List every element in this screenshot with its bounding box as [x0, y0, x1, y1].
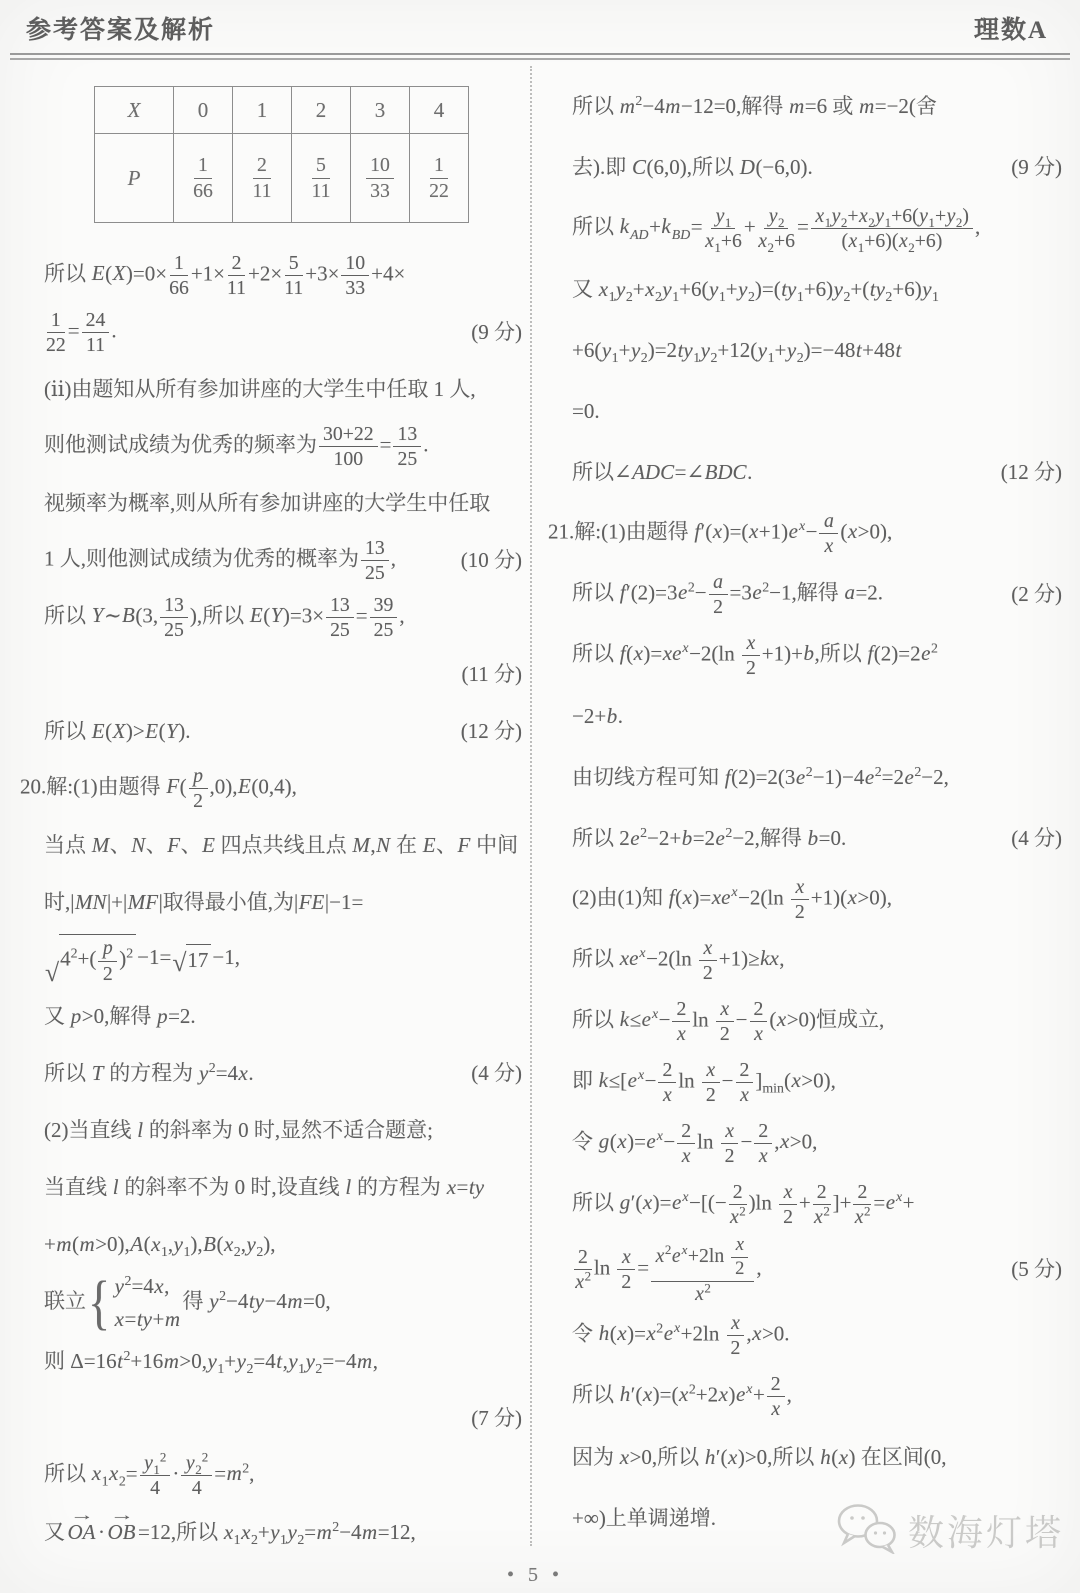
solution-line: 令 h(x)=x2ex+2ln x2,x>0.: [572, 1305, 1062, 1366]
solution-line: 又OA·OB=12,所以 x1x2+y1y2=m2−4m=12,: [44, 1504, 522, 1561]
solution-line: −2+b.: [572, 686, 1062, 747]
solution-line: 视频率为概率,则从所有参加讲座的大学生中任取: [44, 475, 522, 532]
solution-line: (ⅱ)由题知从所有参加讲座的大学生中任取 1 人,: [44, 361, 522, 418]
math-text: 去).即 C(6,0),所以 D(−6,0).: [572, 154, 813, 181]
math-text: 所以 kAD+kBD=y1x1+6+y2x2+6=x1y2+x2y1+6(y1+…: [572, 205, 980, 252]
table-cell: 3: [351, 87, 410, 134]
math-text: 当直线 l 的斜率不为 0 时,设直线 l 的方程为 x=ty: [44, 1174, 485, 1201]
solution-line: 所以 m2−4m−12=0,解得 m=6 或 m=−2(舍: [572, 76, 1062, 137]
solution-line: 即 k≤[ex−2xln x2−2x]min(x>0),: [572, 1052, 1062, 1113]
table-cell: 166: [174, 134, 233, 223]
solution-line: 20.解:(1)由题得 F(p2,0),E(0,4),: [20, 760, 522, 817]
solution-line: 因为 x>0,所以 h′(x)>0,所以 h(x) 在区间(0,: [572, 1427, 1062, 1488]
solution-line: 所以 f′(2)=3e2−a2=3e2−1,解得 a=2. (2 分): [572, 564, 1062, 625]
content-columns: X 0 1 2 3 4 P 166 211 511 1033 122: [0, 60, 1080, 1546]
math-text: 所以 Y∼B(3,1325),所以 E(Y)=3×1325=3925,: [44, 594, 405, 641]
math-text: 所以 k≤ex−2xln x2−2x(x>0)恒成立,: [572, 998, 884, 1045]
solution-line: 所以 h′(x)=(x2+2x)ex+2x,: [572, 1366, 1062, 1427]
solution-line: 则 Δ=16t2+16m>0,y1+y2=4t,y1y2=−4m,: [44, 1333, 522, 1390]
table-cell: 2: [292, 87, 351, 134]
solution-line: 所以∠ADC=∠BDC. (12 分): [572, 442, 1062, 503]
table-cell: 4: [410, 87, 469, 134]
score-mark: (12 分): [991, 459, 1062, 486]
solution-line: 所以 E(X)=0×166+1×211+2×511+3×1033+4×: [44, 247, 522, 304]
math-text: (2)当直线 l 的斜率为 0 时,显然不适合题意;: [44, 1117, 433, 1144]
solution-line: 当直线 l 的斜率不为 0 时,设直线 l 的方程为 x=ty: [44, 1159, 522, 1216]
header-double-rule: [10, 53, 1070, 60]
math-text: 当点 M、N、F、E 四点共线且点 M,N 在 E、F 中间: [44, 832, 518, 859]
math-text: 则 Δ=16t2+16m>0,y1+y2=4t,y1y2=−4m,: [44, 1348, 378, 1375]
solution-line: √42+(p2)2−1=√17−1,: [44, 931, 522, 988]
solution-line: 所以 E(X)>E(Y). (12 分): [44, 703, 522, 760]
math-text: 时,|MN|+|MF|取得最小值,为|FE|−1=: [44, 889, 363, 916]
math-text: +6(y1+y2)=2ty1y2+12(y1+y2)=−48t+48t: [572, 337, 902, 364]
probability-distribution-table: X 0 1 2 3 4 P 166 211 511 1033 122: [94, 86, 469, 223]
subject-label: 理数A: [974, 10, 1048, 46]
solution-line: 联立{y2=4x,x=ty+m得 y2−4ty−4m=0,: [44, 1273, 522, 1333]
solution-line: 所以 kAD+kBD=y1x1+6+y2x2+6=x1y2+x2y1+6(y1+…: [572, 198, 1062, 259]
solution-line: 所以 g′(x)=ex−[(−2x2)ln x2+2x2]+2x2=ex+: [572, 1174, 1062, 1235]
math-text: 联立{y2=4x,x=ty+m得 y2−4ty−4m=0,: [44, 1273, 331, 1333]
solution-line: 由切线方程可知 f(2)=2(3e2−1)−4e2=2e2−2,: [572, 747, 1062, 808]
page-header: 参考答案及解析 理数A: [0, 0, 1080, 53]
column-divider: [530, 66, 532, 1546]
solution-line: +6(y1+y2)=2ty1y2+12(y1+y2)=−48t+48t: [572, 320, 1062, 381]
score-mark: (2 分): [1001, 581, 1062, 608]
math-text: 因为 x>0,所以 h′(x)>0,所以 h(x) 在区间(0,: [572, 1444, 947, 1471]
math-text: 所以 f′(2)=3e2−a2=3e2−1,解得 a=2.: [572, 571, 883, 618]
solution-line: 21.解:(1)由题得 f′(x)=(x+1)ex−ax(x>0),: [548, 503, 1062, 564]
math-text: 又 x1y2+x2y1+6(y1+y2)=(ty1+6)y2+(ty2+6)y1: [572, 276, 939, 303]
solution-line: (2)由(1)知 f(x)=xex−2(ln x2+1)(x>0),: [572, 869, 1062, 930]
math-text: 所以 E(X)=0×166+1×211+2×511+3×1033+4×: [44, 252, 405, 299]
solution-line: 时,|MN|+|MF|取得最小值,为|FE|−1=: [44, 874, 522, 931]
table-cell: 0: [174, 87, 233, 134]
math-text: 所以 f(x)=xex−2(ln x2+1)+b,所以 f(2)=2e2: [572, 632, 938, 679]
math-text: +m(m>0),A(x1,y1),B(x2,y2),: [44, 1231, 276, 1258]
solution-line: 去).即 C(6,0),所以 D(−6,0). (9 分): [572, 137, 1062, 198]
solution-line: 当点 M、N、F、E 四点共线且点 M,N 在 E、F 中间: [44, 817, 522, 874]
page-footer: •5•: [0, 1564, 1080, 1587]
math-text: (ⅱ)由题知从所有参加讲座的大学生中任取 1 人,: [44, 376, 476, 403]
score-mark: (4 分): [461, 1060, 522, 1087]
table-cell: 122: [410, 134, 469, 223]
score-mark: (9 分): [461, 319, 522, 346]
math-text: 所以 T 的方程为 y2=4x.: [44, 1060, 254, 1087]
left-column: X 0 1 2 3 4 P 166 211 511 1033 122: [14, 66, 528, 1546]
score-mark: (7 分): [461, 1405, 522, 1432]
score-mark: (5 分): [1001, 1256, 1062, 1283]
solution-line: (7 分): [44, 1390, 522, 1447]
math-text: √42+(p2)2−1=√17−1,: [44, 934, 240, 984]
solution-line: 所以 xex−2(ln x2+1)≥kx,: [572, 930, 1062, 991]
page-number: 5: [528, 1564, 552, 1586]
math-text: 1 人,则他测试成绩为优秀的概率为1325,: [44, 537, 396, 584]
solution-line: 又 p>0,解得 p=2.: [44, 988, 522, 1045]
solution-line: 所以 T 的方程为 y2=4x. (4 分): [44, 1045, 522, 1102]
math-text: (2)由(1)知 f(x)=xex−2(ln x2+1)(x>0),: [572, 876, 892, 923]
math-text: 所以 E(X)>E(Y).: [44, 718, 191, 745]
math-text: 所以 x1x2=y124·y224=m2,: [44, 1452, 254, 1499]
score-mark: (9 分): [1001, 154, 1062, 181]
math-text: 122=2411.: [44, 309, 117, 356]
answer-sheet-page: 参考答案及解析 理数A X 0 1 2 3 4 P 166 211 511: [0, 0, 1080, 1593]
score-mark: (11 分): [452, 661, 522, 688]
table-row-x: X 0 1 2 3 4: [95, 87, 469, 134]
table-cell-x-label: X: [95, 87, 174, 134]
right-column-lines: 所以 m2−4m−12=0,解得 m=6 或 m=−2(舍 去).即 C(6,0…: [572, 76, 1062, 1549]
math-text: 令 h(x)=x2ex+2ln x2,x>0.: [572, 1312, 790, 1359]
solution-line: 2x2ln x2=x2ex+2ln x2x2, (5 分): [572, 1235, 1062, 1305]
table-row-p: P 166 211 511 1033 122: [95, 134, 469, 223]
solution-line: 所以 k≤ex−2xln x2−2x(x>0)恒成立,: [572, 991, 1062, 1052]
math-text: 所以 xex−2(ln x2+1)≥kx,: [572, 937, 785, 984]
solution-line: 所以 f(x)=xex−2(ln x2+1)+b,所以 f(2)=2e2: [572, 625, 1062, 686]
math-text: 又OA·OB=12,所以 x1x2+y1y2=m2−4m=12,: [44, 1519, 416, 1546]
math-text: 又 p>0,解得 p=2.: [44, 1003, 196, 1030]
watermark-text: 数海灯塔: [908, 1505, 1064, 1556]
score-mark: (4 分): [1001, 825, 1062, 852]
solution-line: 1 人,则他测试成绩为优秀的概率为1325, (10 分): [44, 532, 522, 589]
table-cell: 1033: [351, 134, 410, 223]
solution-line: +m(m>0),A(x1,y1),B(x2,y2),: [44, 1216, 522, 1273]
math-text: 由切线方程可知 f(2)=2(3e2−1)−4e2=2e2−2,: [572, 764, 949, 791]
solution-line: (2)当直线 l 的斜率为 0 时,显然不适合题意;: [44, 1102, 522, 1159]
math-text: 所以 2e2−2+b=2e2−2,解得 b=0.: [572, 825, 846, 852]
solution-line: 所以 2e2−2+b=2e2−2,解得 b=0. (4 分): [572, 808, 1062, 869]
math-text: 20.解:(1)由题得 F(p2,0),E(0,4),: [20, 765, 297, 812]
math-text: 所以 g′(x)=ex−[(−2x2)ln x2+2x2]+2x2=ex+: [572, 1181, 915, 1228]
table-cell: 511: [292, 134, 351, 223]
score-mark: (12 分): [451, 718, 522, 745]
table-cell: 211: [233, 134, 292, 223]
math-text: +∞)上单调递增.: [572, 1505, 716, 1532]
table-cell-p-label: P: [95, 134, 174, 223]
math-text: 所以 m2−4m−12=0,解得 m=6 或 m=−2(舍: [572, 93, 937, 120]
page-number-dot-right: •: [552, 1564, 573, 1586]
solution-line: 令 g(x)=ex−2xln x2−2x,x>0,: [572, 1113, 1062, 1174]
solution-line: 所以 Y∼B(3,1325),所以 E(Y)=3×1325=3925,: [44, 589, 522, 646]
left-column-lines: 所以 E(X)=0×166+1×211+2×511+3×1033+4× 122=…: [44, 247, 522, 1561]
solution-line: 所以 x1x2=y124·y224=m2,: [44, 1447, 522, 1504]
watermark: 数海灯塔: [836, 1502, 1064, 1559]
math-text: −2+b.: [572, 703, 623, 730]
math-text: =0.: [572, 398, 600, 425]
math-text: 2x2ln x2=x2ex+2ln x2x2,: [572, 1235, 762, 1305]
wechat-chat-bubbles-icon: [836, 1502, 898, 1559]
solution-line: 则他测试成绩为优秀的频率为30+22100=1325.: [44, 418, 522, 475]
solution-line: 122=2411. (9 分): [44, 304, 522, 361]
page-number-dot-left: •: [507, 1564, 528, 1586]
right-column: 所以 m2−4m−12=0,解得 m=6 或 m=−2(舍 去).即 C(6,0…: [534, 66, 1072, 1546]
math-text: 所以∠ADC=∠BDC.: [572, 459, 752, 486]
math-text: 所以 h′(x)=(x2+2x)ex+2x,: [572, 1373, 792, 1420]
score-mark: (10 分): [451, 547, 522, 574]
solution-line: 又 x1y2+x2y1+6(y1+y2)=(ty1+6)y2+(ty2+6)y1: [572, 259, 1062, 320]
math-text: 即 k≤[ex−2xln x2−2x]min(x>0),: [572, 1059, 836, 1106]
table-cell: 1: [233, 87, 292, 134]
math-text: 视频率为概率,则从所有参加讲座的大学生中任取: [44, 490, 490, 517]
page-title: 参考答案及解析: [26, 10, 215, 46]
math-text: 则他测试成绩为优秀的频率为30+22100=1325.: [44, 423, 428, 470]
solution-line: =0.: [572, 381, 1062, 442]
math-text: 令 g(x)=ex−2xln x2−2x,x>0,: [572, 1120, 817, 1167]
math-text: 21.解:(1)由题得 f′(x)=(x+1)ex−ax(x>0),: [548, 510, 892, 557]
solution-line: (11 分): [44, 646, 522, 703]
